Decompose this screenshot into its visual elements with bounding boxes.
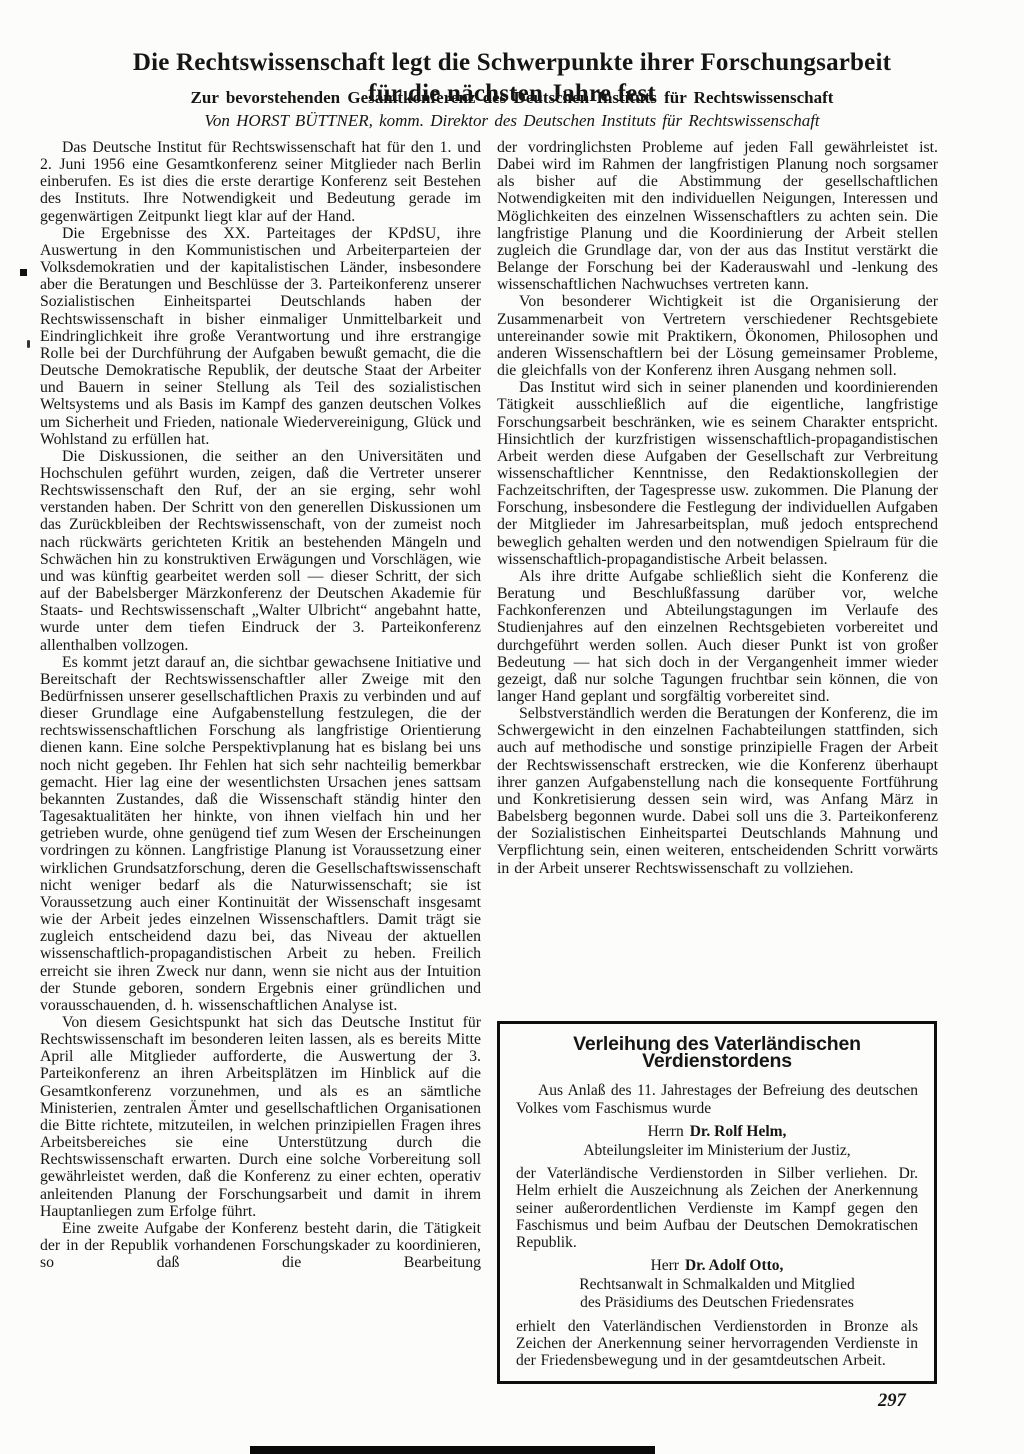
award-announcement-box: Verleihung des Vaterländischen Verdienst… [497,1021,937,1384]
article-column-right: der vordringlichsten Probleme auf jeden … [497,139,938,877]
article-paragraph: Die Ergebnisse des XX. Parteitages der K… [40,225,481,448]
recipient-1-role: Abteilungsleiter im Ministerium der Just… [516,1142,918,1159]
article-column-left: Das Deutsche Institut für Rechtswissensc… [40,139,481,1271]
page-number: 297 [878,1391,906,1412]
article-paragraph: Von diesem Gesichtspunkt hat sich das De… [40,1014,481,1220]
award-recipient-1: HerrnDr. Rolf Helm, [516,1123,918,1140]
article-byline: Von HORST BÜTTNER, komm. Direktor des De… [60,111,964,131]
article-paragraph: der vordringlichsten Probleme auf jeden … [497,139,938,293]
recipient-1-name: Dr. Rolf Helm, [690,1123,787,1140]
article-title-line1: Die Rechtswissenschaft legt die Schwerpu… [133,49,891,76]
recipient-2-role-line1: Rechtsanwalt in Schmalkalden und Mitglie… [516,1276,918,1293]
scan-edge-artifact-bar [250,1446,655,1454]
article-paragraph: Die Diskussionen, die seither an den Uni… [40,448,481,654]
article-paragraph: Das Deutsche Institut für Rechtswissensc… [40,139,481,225]
article-paragraph: Als ihre dritte Aufgabe schließlich sieh… [497,568,938,705]
recipient-2-name: Dr. Adolf Otto, [685,1257,783,1274]
scan-speck-artifact [20,269,27,276]
recipient-2-prefix: Herr [651,1257,679,1274]
article-paragraph: Das Institut wird sich in seiner planend… [497,379,938,568]
scan-speck-artifact [27,340,30,348]
award-intro-text: Aus Anlaß des 11. Jahrestages der Befrei… [516,1082,918,1116]
recipient-2-role-line2: des Präsidiums des Deutschen Friedensrat… [516,1294,918,1311]
article-paragraph: Von besonderer Wichtigkeit ist die Organ… [497,293,938,379]
award-citation-1: der Vaterländische Verdienstorden in Sil… [516,1165,918,1251]
award-recipient-2: HerrDr. Adolf Otto, [516,1257,918,1274]
article-paragraph: Eine zweite Aufgabe der Konferenz besteh… [40,1220,481,1271]
article-paragraph: Selbstverständlich werden die Beratungen… [497,705,938,877]
article-paragraph: Es kommt jetzt darauf an, die sichtbar g… [40,654,481,1014]
journal-page: Die Rechtswissenschaft legt die Schwerpu… [0,0,1024,1454]
recipient-1-prefix: Herrn [648,1123,684,1140]
award-citation-2: erhielt den Vaterländischen Verdienstord… [516,1318,918,1370]
article-subtitle: Zur bevorstehenden Gesamtkonferenz des D… [60,88,964,108]
award-box-heading: Verleihung des Vaterländischen Verdienst… [516,1036,918,1070]
